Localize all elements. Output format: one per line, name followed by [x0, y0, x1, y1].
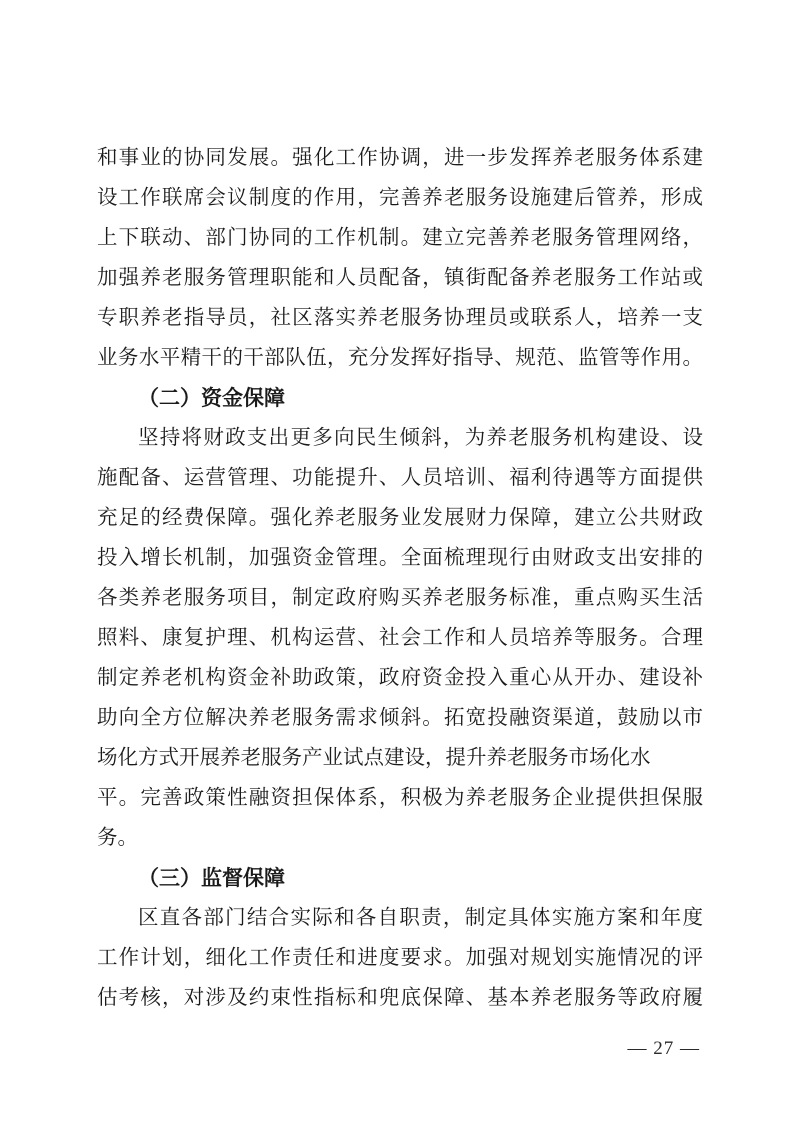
section-heading: （三）监督保障: [97, 858, 703, 898]
paragraph-line: 平。完善政策性融资担保体系，积极为养老服务企业提供担保服: [97, 778, 703, 818]
paragraph-line: 区直各部门结合实际和各自职责，制定具体实施方案和年度: [97, 898, 703, 938]
page-number: — 27 —: [628, 1036, 701, 1062]
paragraph-line: 制定养老机构资金补助政策，政府资金投入重心从开办、建设补: [97, 658, 703, 698]
paragraph-line: 专职养老指导员，社区落实养老服务协理员或联系人，培养一支: [97, 298, 703, 338]
paragraph-line: 工作计划，细化工作责任和进度要求。加强对规划实施情况的评: [97, 938, 703, 978]
paragraph-line: 场化方式开展养老服务产业试点建设，提升养老服务市场化水: [97, 738, 703, 778]
paragraph-line: 照料、康复护理、机构运营、社会工作和人员培养等服务。合理: [97, 618, 703, 658]
paragraph-line: 各类养老服务项目，制定政府购买养老服务标准，重点购买生活: [97, 578, 703, 618]
paragraph-line: 加强养老服务管理职能和人员配备，镇街配备养老服务工作站或: [97, 258, 703, 298]
paragraph-line: 业务水平精干的干部队伍，充分发挥好指导、规范、监管等作用。: [97, 338, 703, 378]
section-heading: （二）资金保障: [97, 378, 703, 418]
document-page: 和事业的协同发展。强化工作协调，进一步发挥养老服务体系建设工作联席会议制度的作用…: [0, 0, 793, 1122]
paragraph-line: 助向全方位解决养老服务需求倾斜。拓宽投融资渠道，鼓励以市: [97, 698, 703, 738]
paragraph-line: 务。: [97, 818, 703, 858]
paragraph-line: 施配备、运营管理、功能提升、人员培训、福利待遇等方面提供: [97, 458, 703, 498]
paragraph-line: 估考核，对涉及约束性指标和兜底保障、基本养老服务等政府履: [97, 978, 703, 1018]
paragraph-line: 和事业的协同发展。强化工作协调，进一步发挥养老服务体系建: [97, 138, 703, 178]
paragraph-line: 上下联动、部门协同的工作机制。建立完善养老服务管理网络，: [97, 218, 703, 258]
document-body-text-lines: 和事业的协同发展。强化工作协调，进一步发挥养老服务体系建设工作联席会议制度的作用…: [97, 138, 703, 1018]
paragraph-line: 充足的经费保障。强化养老服务业发展财力保障，建立公共财政: [97, 498, 703, 538]
paragraph-line: 投入增长机制，加强资金管理。全面梳理现行由财政支出安排的: [97, 538, 703, 578]
paragraph-line: 坚持将财政支出更多向民生倾斜，为养老服务机构建设、设: [97, 418, 703, 458]
paragraph-line: 设工作联席会议制度的作用，完善养老服务设施建后管养，形成: [97, 178, 703, 218]
